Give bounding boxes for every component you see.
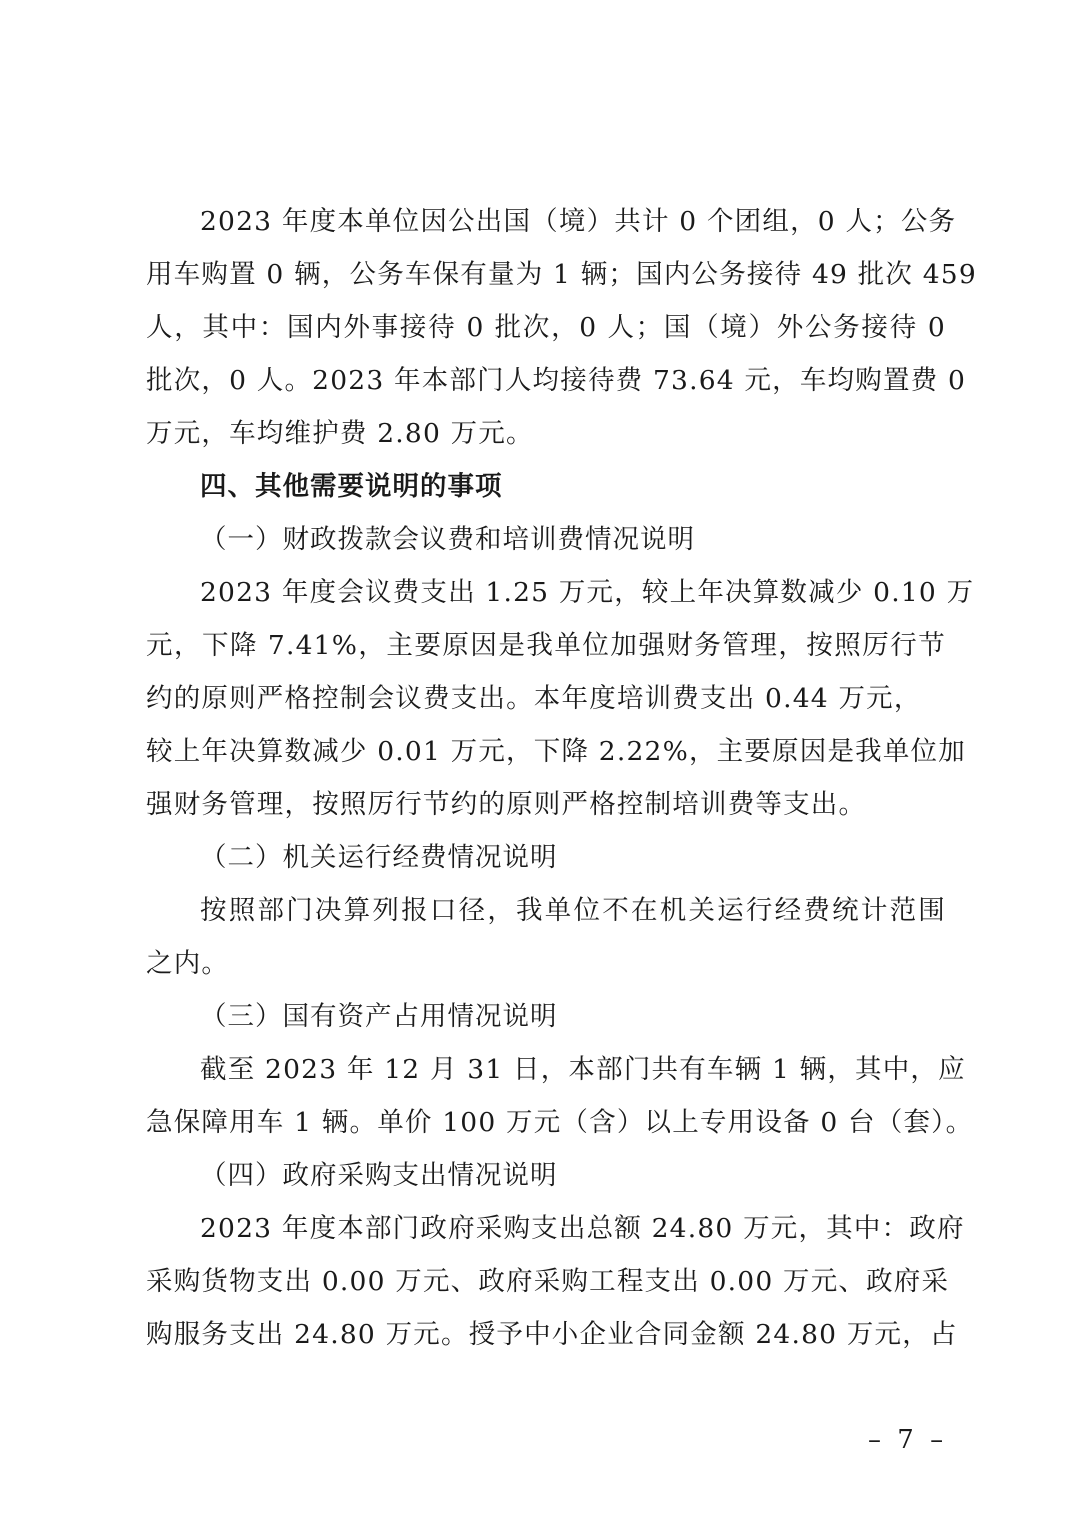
paragraph-line: 批次，0 人。2023 年本部门人均接待费 73.64 元，车均购置费 0 [146, 361, 946, 401]
paragraph-line: 元，下降 7.41%，主要原因是我单位加强财务管理，按照厉行节 [146, 626, 946, 666]
subsection-title-meeting-training: （一）财政拨款会议费和培训费情况说明 [200, 520, 1000, 560]
page-number: – 7 – [868, 1425, 947, 1455]
paragraph-line: 急保障用车 1 辆。单价 100 万元（含）以上专用设备 0 台（套）。 [146, 1103, 961, 1143]
paragraph-line: 强财务管理，按照厉行节约的原则严格控制培训费等支出。 [146, 785, 946, 825]
paragraph-line: 截至 2023 年 12 月 31 日，本部门共有车辆 1 辆，其中，应 [200, 1050, 946, 1090]
paragraph-line: 万元，车均维护费 2.80 万元。 [146, 414, 946, 454]
paragraph-line: 2023 年度会议费支出 1.25 万元，较上年决算数减少 0.10 万 [200, 573, 946, 613]
paragraph-line: 之内。 [146, 944, 946, 984]
paragraph-line: 较上年决算数减少 0.01 万元，下降 2.22%，主要原因是我单位加 [146, 732, 946, 772]
paragraph-line: 人，其中：国内外事接待 0 批次，0 人；国（境）外公务接待 0 [146, 308, 946, 348]
section-heading: 四、其他需要说明的事项 [200, 467, 946, 507]
paragraph-line: 2023 年度本部门政府采购支出总额 24.80 万元，其中：政府 [200, 1209, 946, 1249]
document-page: 2023 年度本单位因公出国（境）共计 0 个团组，0 人；公务 用车购置 0 … [0, 0, 1075, 1520]
paragraph-line: 按照部门决算列报口径，我单位不在机关运行经费统计范围 [200, 891, 946, 931]
subsection-title-procurement: （四）政府采购支出情况说明 [200, 1156, 1000, 1196]
subsection-title-operating-costs: （二）机关运行经费情况说明 [200, 838, 1000, 878]
paragraph-line: 约的原则严格控制会议费支出。本年度培训费支出 0.44 万元， [146, 679, 946, 719]
paragraph-line: 2023 年度本单位因公出国（境）共计 0 个团组，0 人；公务 [200, 202, 946, 242]
paragraph-line: 采购货物支出 0.00 万元、政府采购工程支出 0.00 万元、政府采 [146, 1262, 946, 1302]
paragraph-line: 购服务支出 24.80 万元。授予中小企业合同金额 24.80 万元，占 [146, 1315, 946, 1355]
paragraph-line: 用车购置 0 辆，公务车保有量为 1 辆；国内公务接待 49 批次 459 [146, 255, 946, 295]
subsection-title-state-assets: （三）国有资产占用情况说明 [200, 997, 1000, 1037]
